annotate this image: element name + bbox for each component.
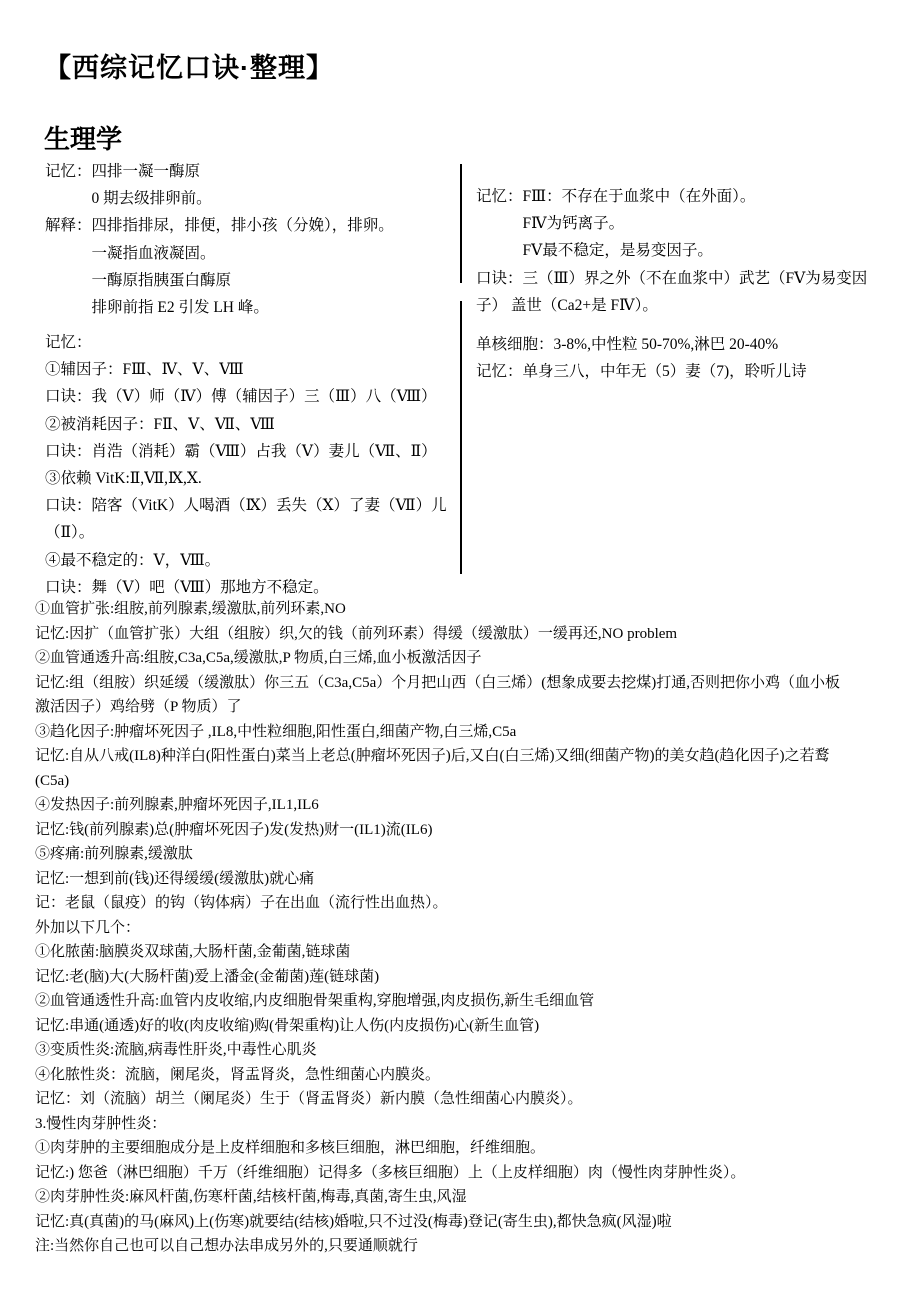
text-line: ②被消耗因子：FⅡ、Ⅴ、Ⅶ、Ⅷ — [45, 411, 460, 438]
text-line: ②肉芽肿性炎:麻风杆菌,伤寒杆菌,结核杆菌,梅毒,真菌,寄生虫,风湿 — [35, 1185, 885, 1210]
text-line: 记忆:自从八戒(IL8)种洋白(阳性蛋白)菜当上老总(肿瘤坏死因子)后,又白(白… — [35, 744, 885, 769]
text-line: ⑤疼痛:前列腺素,缓激肽 — [35, 842, 885, 867]
column-divider-upper — [460, 164, 462, 283]
mnemonic-block-four-excretions: 记忆：四排一凝一酶原 0 期去级排卵前。解释：四排指排尿，排便，排小孩（分娩），… — [45, 158, 460, 321]
mnemonic-block-leukocyte-percentages: 单核细胞：3-8%,中性粒 50-70%,淋巴 20-40%记忆：单身三八，中年… — [476, 331, 910, 385]
text-line: ③依赖 VitK:Ⅱ,Ⅶ,Ⅸ,Ⅹ. — [45, 465, 460, 492]
text-line: ④最不稳定的：Ⅴ，Ⅷ。 — [45, 547, 460, 574]
text-line: 记忆:因扩（血管扩张）大组（组胺）织,欠的钱（前列环素）得缓（缓激肽）一缓再还,… — [35, 622, 885, 647]
text-line: 注:当然你自己也可以自己想办法串成另外的,只要通顺就行 — [35, 1234, 885, 1259]
text-line: 解释：四排指排尿，排便，排小孩（分娩），排卵。 — [45, 212, 460, 239]
text-line: (C5a) — [35, 769, 885, 794]
text-line: 排卵前指 E2 引发 LH 峰。 — [45, 294, 460, 321]
text-line: 记：老鼠（鼠疫）的钩（钩体病）子在出血（流行性出血热）。 — [35, 891, 885, 916]
text-line: 外加以下几个： — [35, 916, 885, 941]
column-divider-lower — [460, 301, 462, 574]
text-line: ①肉芽肿的主要细胞成分是上皮样细胞和多核巨细胞，淋巴细胞，纤维细胞。 — [35, 1136, 885, 1161]
text-line: ④化脓性炎：流脑，阑尾炎，肾盂肾炎，急性细菌心内膜炎。 — [35, 1063, 885, 1088]
text-line: 记忆:钱(前列腺素)总(肿瘤坏死因子)发(发热)财一(IL1)流(IL6) — [35, 818, 885, 843]
text-line: ②血管通透性升高:血管内皮收缩,内皮细胞骨架重构,穿胞增强,肉皮损伤,新生毛细血… — [35, 989, 885, 1014]
text-line: FⅤ最不稳定，是易变因子。 — [476, 237, 910, 264]
text-line: ①血管扩张:组胺,前列腺素,缓激肽,前列环素,NO — [35, 597, 885, 622]
text-line: 子） 盖世（Ca2+是 FⅣ）。 — [476, 292, 910, 319]
mnemonic-notes-inflammation-section: ①血管扩张:组胺,前列腺素,缓激肽,前列环素,NO记忆:因扩（血管扩张）大组（组… — [35, 597, 885, 1259]
text-line: 一凝指血液凝固。 — [45, 240, 460, 267]
text-line: 口诀：我（Ⅴ）师（Ⅳ）傅（辅因子）三（Ⅲ）八（Ⅷ） — [45, 383, 460, 410]
text-line: ④发热因子:前列腺素,肿瘤坏死因子,IL1,IL6 — [35, 793, 885, 818]
text-line: 记忆:真(真菌)的马(麻风)上(伤寒)就要结(结核)婚啦,只不过没(梅毒)登记(… — [35, 1210, 885, 1235]
document-page: 【西综记忆口诀·整理】 生理学 记忆：四排一凝一酶原 0 期去级排卵前。解释：四… — [0, 0, 920, 1302]
text-line: 口诀：陪客（VitK）人喝酒（Ⅸ）丢失（Ⅹ）了妻（Ⅶ）儿 — [45, 492, 460, 519]
mnemonic-block-coagulation-factors: 记忆：①辅因子：FⅢ、Ⅳ、Ⅴ、Ⅷ口诀：我（Ⅴ）师（Ⅳ）傅（辅因子）三（Ⅲ）八（Ⅷ… — [45, 329, 460, 601]
text-line: 记忆：刘（流脑）胡兰（阑尾炎）生于（肾盂肾炎）新内膜（急性细菌心内膜炎）。 — [35, 1087, 885, 1112]
text-line: FⅣ为钙离子。 — [476, 210, 910, 237]
text-line: 记忆:串通(通透)好的收(肉皮收缩)购(骨架重构)让人伤(内皮损伤)心(新生血管… — [35, 1014, 885, 1039]
text-line: 记忆：FⅢ：不存在于血浆中（在外面）。 — [476, 183, 910, 210]
text-line: ①辅因子：FⅢ、Ⅳ、Ⅴ、Ⅷ — [45, 356, 460, 383]
text-line: ①化脓菌:脑膜炎双球菌,大肠杆菌,金葡菌,链球菌 — [35, 940, 885, 965]
document-title: 【西综记忆口诀·整理】 — [44, 46, 334, 85]
mnemonic-block-factor-properties: 记忆：FⅢ：不存在于血浆中（在外面）。 FⅣ为钙离子。 FⅤ最不稳定，是易变因子… — [476, 183, 910, 319]
text-line: 记忆:) 您爸（淋巴细胞）千万（纤维细胞）记得多（多核巨细胞）上（上皮样细胞）肉… — [35, 1161, 885, 1186]
text-line: 记忆:一想到前(钱)还得缓缓(缓激肽)就心痛 — [35, 867, 885, 892]
text-line: 单核细胞：3-8%,中性粒 50-70%,淋巴 20-40% — [476, 331, 910, 358]
text-line: 口诀：三（Ⅲ）界之外（不在血浆中）武艺（FⅤ为易变因 — [476, 265, 910, 292]
text-line: 激活因子）鸡给劈（P 物质）了 — [35, 695, 885, 720]
text-line: ②血管通透升高:组胺,C3a,C5a,缓激肽,P 物质,白三烯,血小板激活因子 — [35, 646, 885, 671]
text-line: ③趋化因子:肿瘤坏死因子 ,IL8,中性粒细胞,阳性蛋白,细菌产物,白三烯,C5… — [35, 720, 885, 745]
text-line: 口诀：肖浩（消耗）霸（Ⅷ）占我（Ⅴ）妻儿（Ⅶ、Ⅱ） — [45, 438, 460, 465]
text-line: 记忆：单身三八，中年无（5）妻（7)，聆听儿诗 — [476, 358, 910, 385]
text-line: ③变质性炎:流脑,病毒性肝炎,中毒性心肌炎 — [35, 1038, 885, 1063]
text-line: （Ⅱ）。 — [45, 519, 460, 546]
text-line: 记忆:组（组胺）织延缓（缓激肽）你三五（C3a,C5a）个月把山西（白三烯）(想… — [35, 671, 885, 696]
text-line: 0 期去级排卵前。 — [45, 185, 460, 212]
section-heading-physiology: 生理学 — [44, 119, 122, 156]
text-line: 一酶原指胰蛋白酶原 — [45, 267, 460, 294]
text-line: 记忆:老(脑)大(大肠杆菌)爱上潘金(金葡菌)莲(链球菌) — [35, 965, 885, 990]
text-line: 记忆：四排一凝一酶原 — [45, 158, 460, 185]
text-line: 记忆： — [45, 329, 460, 356]
text-line: 3.慢性肉芽肿性炎： — [35, 1112, 885, 1137]
